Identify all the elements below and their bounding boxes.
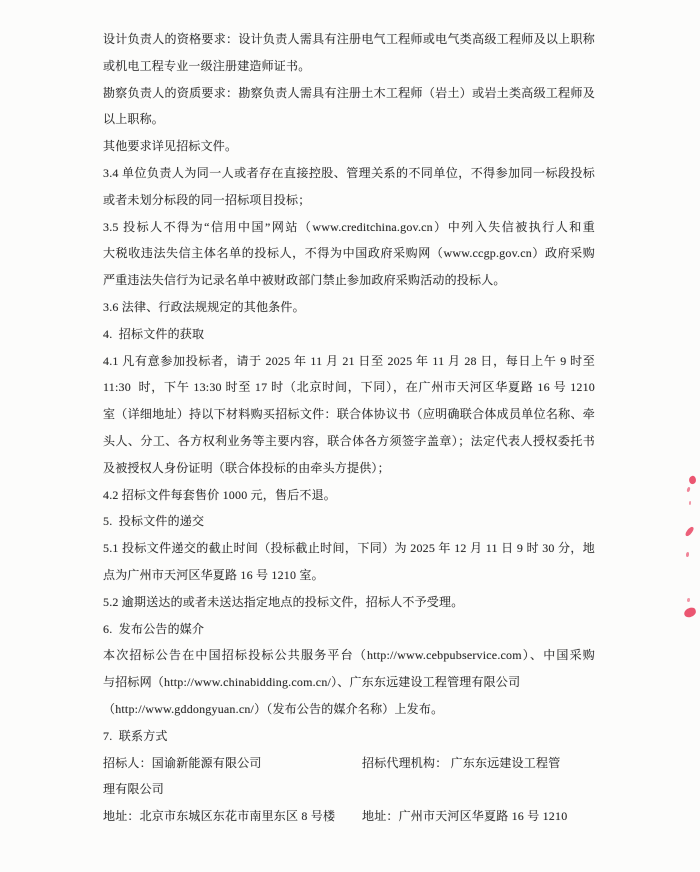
document-body: 设计负责人的资格要求：设计负责人需具有注册电气工程师或电气类高级工程师及以上职称… bbox=[103, 26, 595, 830]
doc-line: 4.1 凡有意参加投标者，请于 2025 年 11 月 21 日至 2025 年… bbox=[103, 348, 595, 375]
red-ink-mark bbox=[688, 475, 697, 485]
red-ink-mark bbox=[687, 598, 690, 602]
contact-left-column: 招标人：国谕新能源有限公司 bbox=[103, 756, 262, 770]
red-ink-mark bbox=[686, 552, 689, 557]
doc-line: 大税收违法失信主体名单的投标人，不得为中国政府采购网（www.ccgp.gov.… bbox=[103, 240, 595, 267]
doc-line: 勘察负责人的资质要求：勘察负责人需具有注册土木工程师（岩土）或岩土类高级工程师及 bbox=[103, 80, 595, 107]
doc-line: （http://www.gddongyuan.cn/）（发布公告的媒介名称）上发… bbox=[103, 696, 595, 723]
contact-right-column: 地址：广州市天河区华夏路 16 号 1210 bbox=[362, 803, 567, 830]
doc-line: 3.5 投标人不得为“信用中国”网站（www.creditchina.gov.c… bbox=[103, 214, 595, 241]
doc-line: 设计负责人的资格要求：设计负责人需具有注册电气工程师或电气类高级工程师及以上职称 bbox=[103, 26, 595, 53]
doc-line: 3.6 法律、行政法规规定的其他条件。 bbox=[103, 294, 595, 321]
doc-line: 4. 招标文件的获取 bbox=[103, 321, 595, 348]
doc-line: 11:30 时，下午 13:30 时至 17 时（北京时间，下同），在广州市天河… bbox=[103, 374, 595, 401]
doc-line: 5.2 逾期送达的或者未送达指定地点的投标文件，招标人不予受理。 bbox=[103, 589, 595, 616]
doc-line: 及被授权人身份证明（联合体投标的由牵头方提供）； bbox=[103, 455, 595, 482]
doc-line: 5.1 投标文件递交的截止时间（投标截止时间，下同）为 2025 年 12 月 … bbox=[103, 535, 595, 562]
doc-line: 其他要求详见招标文件。 bbox=[103, 133, 595, 160]
red-ink-mark bbox=[689, 501, 691, 505]
doc-line: 与招标网（http://www.chinabidding.com.cn/）、广东… bbox=[103, 669, 595, 696]
doc-line: 3.4 单位负责人为同一人或者存在直接控股、管理关系的不同单位，不得参加同一标段… bbox=[103, 160, 595, 187]
doc-line: 头人、分工、各方权利业务等主要内容，联合体各方须签字盖章）；法定代表人授权委托书 bbox=[103, 428, 595, 455]
doc-line: 招标人：国谕新能源有限公司招标代理机构： 广东东远建设工程管 bbox=[103, 750, 595, 777]
doc-line: 理有限公司 bbox=[103, 776, 595, 803]
red-ink-mark bbox=[683, 607, 697, 619]
doc-line: 地址：北京市东城区东花市南里东区 8 号楼地址：广州市天河区华夏路 16 号 1… bbox=[103, 803, 595, 830]
red-ink-mark bbox=[684, 526, 694, 538]
doc-line: 以上职称。 bbox=[103, 106, 595, 133]
doc-line: 6. 发布公告的媒介 bbox=[103, 616, 595, 643]
doc-line: 或机电工程专业一级注册建造师证书。 bbox=[103, 53, 595, 80]
doc-line: 或者未划分标段的同一招标项目投标； bbox=[103, 187, 595, 214]
doc-line: 本次招标公告在中国招标投标公共服务平台（http://www.cebpubser… bbox=[103, 642, 595, 669]
doc-line: 室（详细地址）持以下材料购买招标文件：联合体协议书（应明确联合体成员单位名称、牵 bbox=[103, 401, 595, 428]
contact-left-column: 地址：北京市东城区东花市南里东区 8 号楼 bbox=[103, 809, 335, 823]
contact-right-column: 招标代理机构： 广东东远建设工程管 bbox=[362, 750, 560, 777]
scanned-page: 设计负责人的资格要求：设计负责人需具有注册电气工程师或电气类高级工程师及以上职称… bbox=[0, 0, 700, 872]
doc-line: 严重违法失信行为记录名单中被财政部门禁止参加政府采购活动的投标人。 bbox=[103, 267, 595, 294]
doc-line: 点为广州市天河区华夏路 16 号 1210 室。 bbox=[103, 562, 595, 589]
doc-line: 7. 联系方式 bbox=[103, 723, 595, 750]
doc-line: 5. 投标文件的递交 bbox=[103, 508, 595, 535]
doc-line: 4.2 招标文件每套售价 1000 元，售后不退。 bbox=[103, 482, 595, 509]
red-ink-mark bbox=[687, 487, 691, 492]
